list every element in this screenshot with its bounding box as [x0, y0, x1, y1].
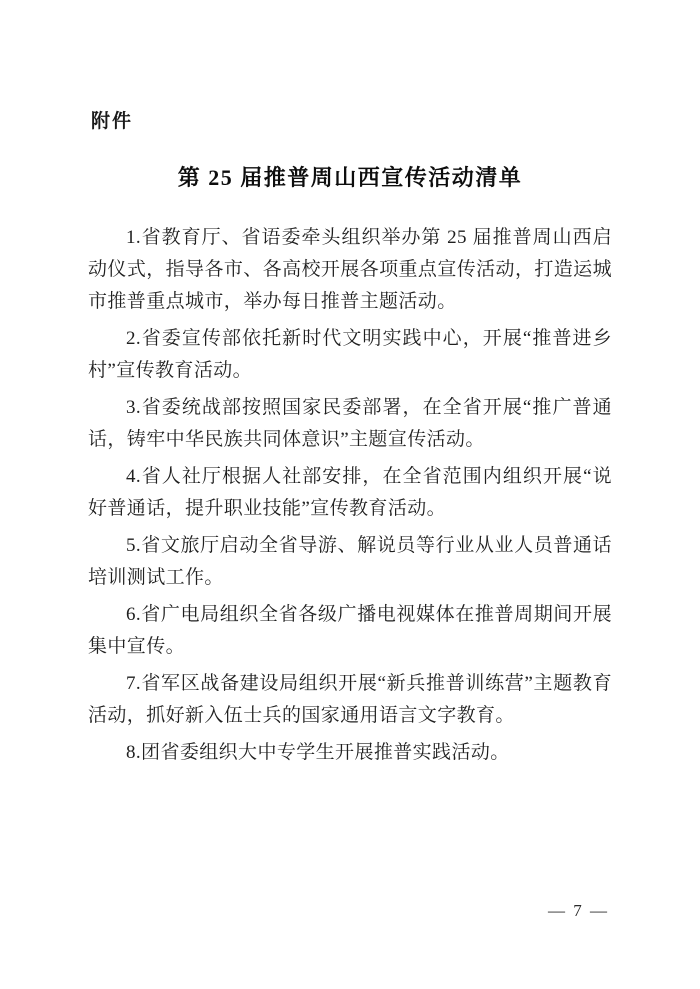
paragraph-4: 4.省人社厅根据人社部安排，在全省范围内组织开展“说好普通话，提升职业技能”宣传… [88, 461, 612, 525]
paragraph-6: 6.省广电局组织全省各级广播电视媒体在推普周期间开展集中宣传。 [88, 599, 612, 663]
paragraph-7: 7.省军区战备建设局组织开展“新兵推普训练营”主题教育活动，抓好新入伍士兵的国家… [88, 668, 612, 732]
page-number: — 7 — [548, 901, 609, 921]
document-page: 附件 第 25 届推普周山西宣传活动清单 1.省教育厅、省语委牵头组织举办第 2… [0, 0, 700, 989]
document-title: 第 25 届推普周山西宣传活动清单 [0, 161, 700, 192]
paragraph-3: 3.省委统战部按照国家民委部署，在全省开展“推广普通话，铸牢中华民族共同体意识”… [88, 392, 612, 456]
document-body: 1.省教育厅、省语委牵头组织举办第 25 届推普周山西启动仪式，指导各市、各高校… [88, 222, 612, 774]
paragraph-2: 2.省委宣传部依托新时代文明实践中心，开展“推普进乡村”宣传教育活动。 [88, 323, 612, 387]
attachment-label: 附件 [91, 106, 133, 133]
paragraph-5: 5.省文旅厅启动全省导游、解说员等行业从业人员普通话培训测试工作。 [88, 530, 612, 594]
paragraph-8: 8.团省委组织大中专学生开展推普实践活动。 [88, 737, 612, 769]
paragraph-1: 1.省教育厅、省语委牵头组织举办第 25 届推普周山西启动仪式，指导各市、各高校… [88, 222, 612, 318]
